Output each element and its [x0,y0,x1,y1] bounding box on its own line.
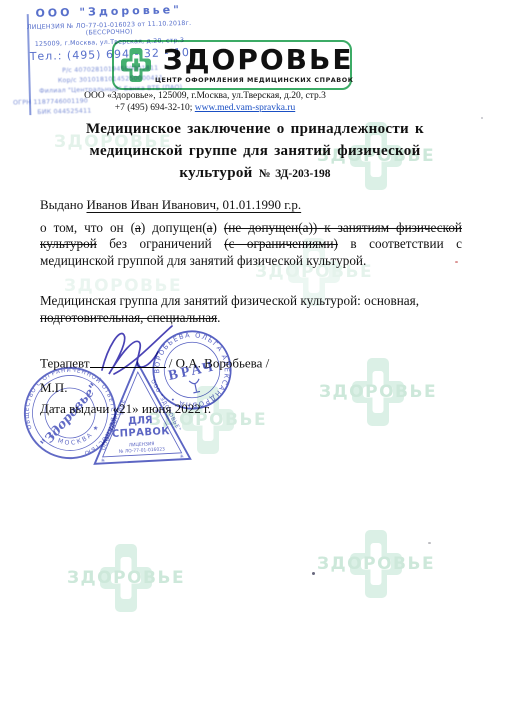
text-segment: . [217,310,220,325]
struck-out-text: подготовительная, специальная [40,310,217,325]
text-segment: о том, что он ( [40,220,135,235]
issued-label: Выдано [40,197,83,212]
scan-noise-speck [455,261,458,263]
stamp-company-name: ООО "Здоровье" [25,4,193,21]
document-title: Медицинское заключение о принадлежности … [50,118,460,185]
license-info-stamp: ООО "Здоровье" ЛИЦЕНЗИЯ № ЛО-77-01-01602… [25,4,196,120]
patient-name-dob: Иванов Иван Иванович, 01.01.1990 г.р. [87,197,302,212]
scanned-medical-certificate: ЗДОРОВЬЕ ЗДОРОВЬЕ ЗДОРОВЬЕ ЗДОРОВЬЕ ЗДОР… [0,0,509,720]
scan-noise-speck [428,542,431,544]
doctor-role-label: Терапевт [40,356,90,371]
text-segment: ) [213,220,224,235]
doctor-name: / О.А. Воробьева / [169,356,269,371]
seal-place-label: М.П. [40,380,67,396]
medical-group-paragraph: Медицинская группа для занятий физическо… [40,293,462,326]
clinic-website-link[interactable]: www.med.vam-spravka.ru [195,103,295,113]
text-segment: без ограничений [97,236,224,251]
seal-corner-mark-icon: ✳ [180,454,185,460]
document-number: № ЗД-203-198 [259,168,331,180]
seal-corner-mark-icon: ✳ [101,458,106,464]
cup-symbol-icon [189,379,201,393]
title-line-3: культурой [179,165,252,181]
struck-out-text: (с ограничениями) [224,236,338,251]
triangle-seal-license-2: № ЛО-77-01-016023 [119,446,166,455]
watermark-text: ЗДОРОВЬЕ [317,554,435,574]
cross-watermark-icon [100,544,152,612]
stamp-license-number: ЛИЦЕНЗИЯ № ЛО-77-01-016023 от 11.10.2018… [25,19,193,38]
cross-watermark-icon [182,386,234,454]
text-segment: Медицинская группа для занятий физическо… [40,293,419,308]
watermark-text: ЗДОРОВЬЕ [67,568,185,588]
health-logo-watermark: ЗДОРОВЬЕ [70,542,182,614]
health-logo-watermark: ЗДОРОВЬЕ [320,528,432,600]
scan-noise-speck [481,117,483,119]
triangle-seal-license-1: ЛИЦЕНЗИЯ [129,441,155,448]
conclusion-paragraph: о том, что он (а) допущен(а) (не допущен… [40,220,462,269]
cross-watermark-icon [350,530,402,598]
signature-line [90,355,166,368]
text-segment: ) допущен( [141,220,207,235]
company-seal-city-text: ★ МОСКВА ★ [45,411,105,457]
stamp-bik: БИК 044525411 [37,105,195,116]
triangle-seal-center-2: СПРАВОК [112,426,171,440]
signature-row: Терапевт / О.А. Воробьева / [40,355,470,372]
scan-noise-speck [312,572,315,575]
issue-date-line: Дата выдачи «21» июня 2022 г. [40,401,211,417]
health-logo-watermark: ЗДОРОВЬЕ [152,384,264,456]
svg-text:★ МОСКВА ★: ★ МОСКВА ★ [45,411,105,457]
title-line-1: Медицинское заключение о принадлежности … [50,118,460,140]
watermark-text: ЗДОРОВЬЕ [319,382,437,402]
title-line-2: медицинской группе для занятий физическо… [50,140,460,162]
stamp-phone: Тел.: (495) 694 - 32 - 10 [26,47,194,64]
issued-to-line: Выдано Иванов Иван Иванович, 01.01.1990 … [40,197,470,213]
